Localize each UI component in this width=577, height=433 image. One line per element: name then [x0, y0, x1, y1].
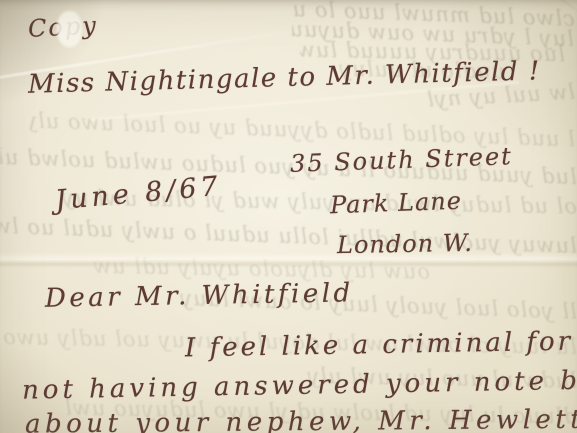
address-line-2: Park Lane	[330, 187, 463, 220]
body-line-3: about your nephew, Mr. Hewlett's	[25, 404, 577, 433]
address-line-3: London W.	[337, 229, 473, 259]
paper-crease-horizontal	[0, 252, 577, 268]
correction-smudge	[57, 11, 82, 47]
body-line-2: not having answered your note before	[22, 364, 577, 405]
salutation: Dear Mr. Whitfield	[45, 278, 354, 313]
letter-photograph: clwo lud mnuwl uuo lo uuly lwy luy l ydr…	[0, 0, 577, 433]
